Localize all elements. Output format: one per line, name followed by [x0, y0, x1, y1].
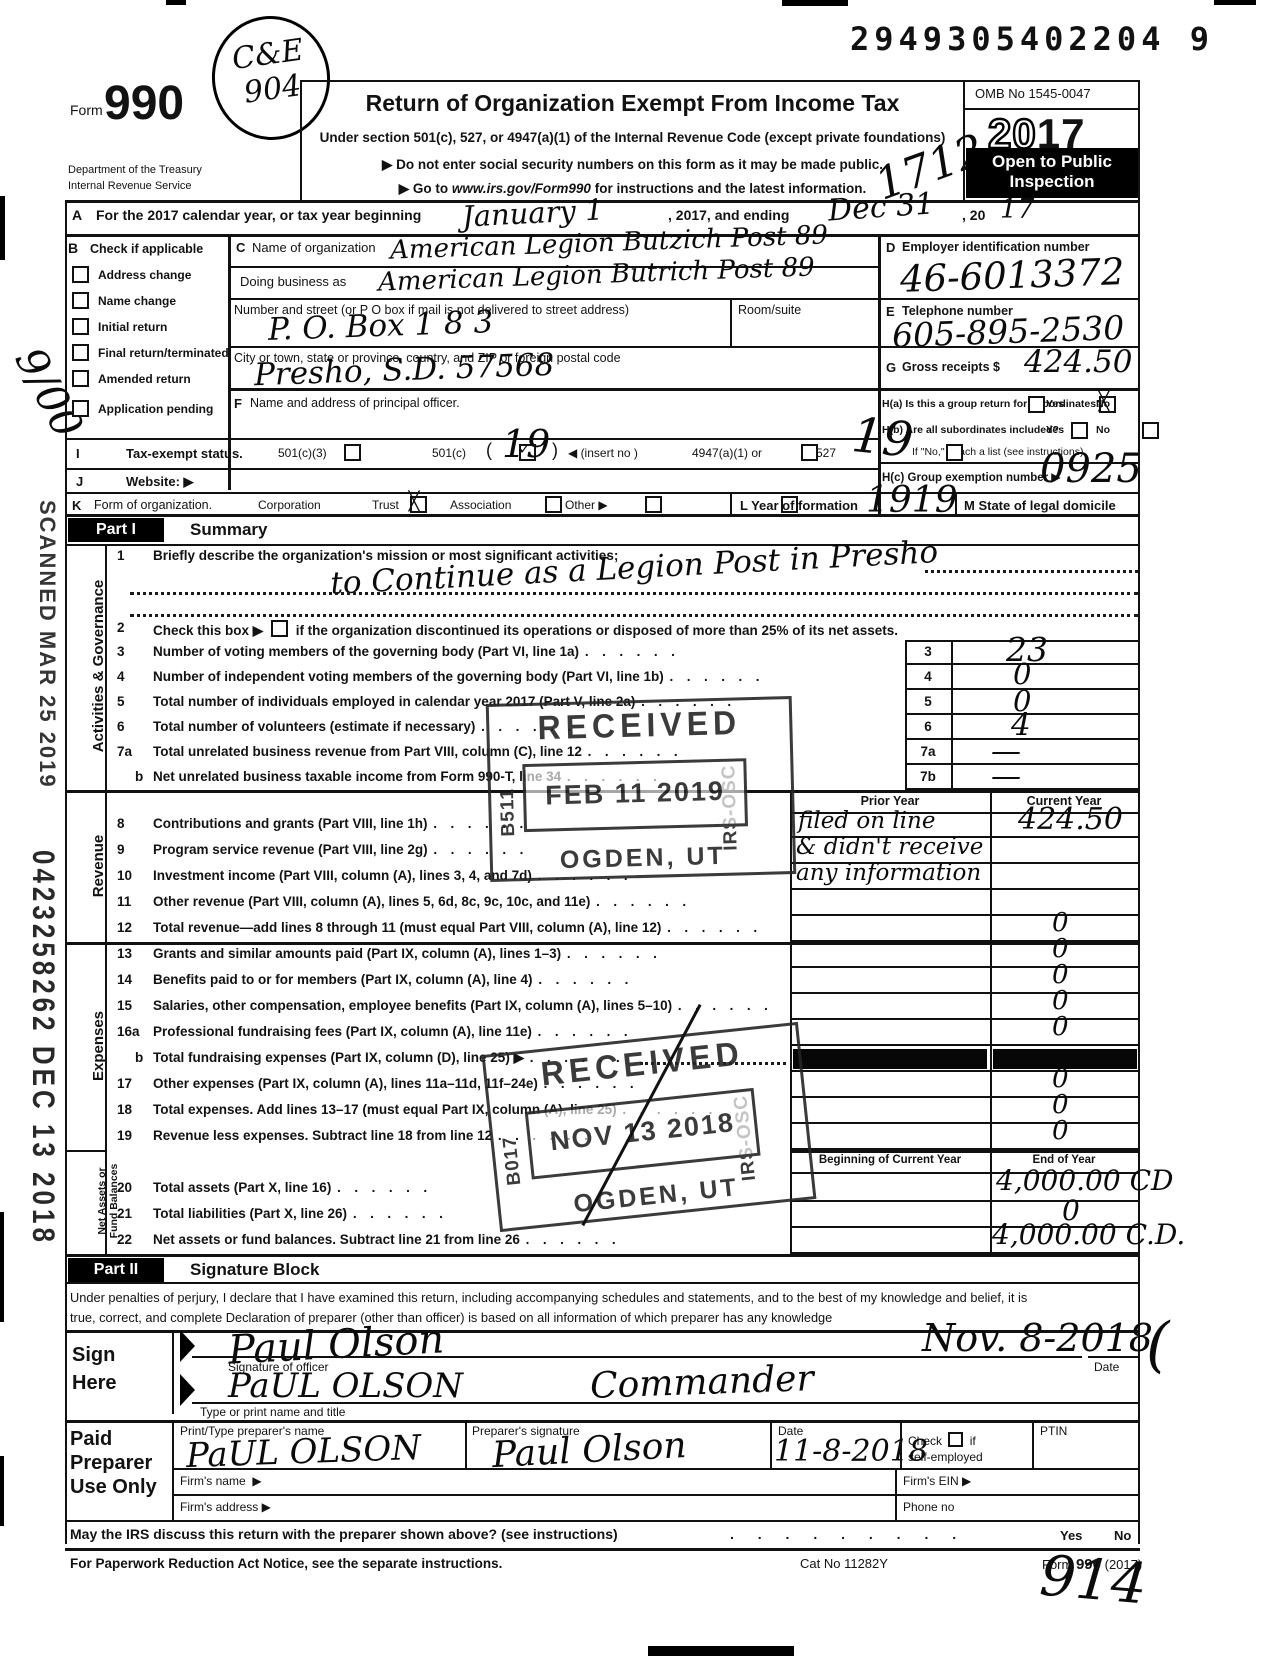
- open-to-public-line1: Open to Public: [966, 152, 1138, 172]
- treasury-dept-line2: Internal Revenue Service: [68, 180, 192, 192]
- status-501c-label: 501(c): [432, 446, 466, 460]
- org-corporation-label: Corporation: [258, 498, 321, 512]
- summary-row-15: 15Salaries, other compensation, employee…: [105, 994, 1140, 1020]
- preparer-label: Preparer: [70, 1452, 152, 1475]
- line-a-text1: For the 2017 calendar year, or tax year …: [96, 207, 421, 223]
- status-527-label: 527: [816, 446, 836, 460]
- dln-stamp: 0423258262 DEC 13 2018: [25, 850, 62, 1280]
- part2-bar: Part II: [68, 1258, 164, 1282]
- preparer-row-rule: [172, 1494, 1140, 1496]
- officer-date-handwritten: Nov. 8-2018: [922, 1316, 1153, 1360]
- status-527-checkbox: [946, 444, 963, 461]
- line-k-divider: [730, 492, 732, 514]
- omb-number: OMB No 1545-0047: [975, 86, 1091, 101]
- line-k-divider: [955, 492, 957, 514]
- tax-year-begin-handwritten: January 1: [461, 192, 604, 233]
- preparer-date-handwritten: 11-8-2018: [774, 1434, 928, 1469]
- preparer-cell-divider: [1032, 1420, 1034, 1468]
- name-change-checkbox: [72, 292, 89, 309]
- date-line: [1088, 1356, 1140, 1358]
- insert-number-handwritten: 19: [502, 422, 550, 466]
- ein-handwritten: 46-6013372: [899, 250, 1125, 301]
- part2-title: Signature Block: [190, 1260, 319, 1280]
- stamp-city: OGDEN, UT: [492, 840, 793, 877]
- footer-form-number: 990: [1076, 1556, 1101, 1573]
- block-d-left-border: [878, 234, 881, 514]
- line1-number: 1: [117, 548, 125, 563]
- line-j-letter: J: [76, 474, 83, 489]
- part1-bar: Part I: [68, 518, 164, 542]
- group-exemption-handwritten: 0925: [1040, 446, 1142, 492]
- scan-mark: [0, 196, 5, 260]
- row16a-current-handwritten: 0: [1052, 1012, 1069, 1042]
- hb-yes-label: Yes: [1046, 424, 1064, 436]
- line-j-top-rule: [65, 468, 878, 470]
- officer-name-handwritten: PaUL OLSON: [228, 1366, 463, 1406]
- preparer-bottom-rule: [65, 1520, 1140, 1522]
- row9-prior-handwritten: & didn't receive: [796, 834, 983, 860]
- beginning-year-header: Beginning of Current Year: [790, 1154, 990, 1166]
- preparer-cell-divider: [465, 1420, 467, 1468]
- prior-year-header: Prior Year: [790, 794, 990, 808]
- year-of-formation-label: L Year of formation: [740, 498, 858, 513]
- gross-receipts-handwritten: 424.50: [1024, 344, 1132, 380]
- stamp-left-code: B017: [499, 1135, 526, 1186]
- officer-title-handwritten: Commander: [589, 1358, 814, 1407]
- row8-current-handwritten: 424.50: [1018, 802, 1123, 837]
- d-row-rule: [878, 298, 1140, 300]
- block-d-letter: D: [886, 240, 895, 255]
- preparer-divider: [172, 1420, 174, 1520]
- line-a-text2: , 2017, and ending: [668, 207, 789, 223]
- org-trust-label: Trust: [372, 498, 399, 512]
- room-suite-label: Room/suite: [738, 303, 801, 317]
- website-label: Website: ▶: [126, 474, 194, 490]
- received-text: RECEIVED: [489, 702, 790, 749]
- line-k-letter: K: [72, 498, 81, 513]
- date-label: Date: [1094, 1360, 1119, 1374]
- ce-circle-stamp: C&E 904: [204, 8, 338, 147]
- checkbox-initial-return: Initial return: [72, 318, 158, 338]
- phone-no-label: Phone no: [903, 1500, 954, 1514]
- dln-number: 2949305402204 9: [850, 20, 1214, 58]
- room-suite-divider: [730, 298, 732, 346]
- form-subtitle: Under section 501(c), 527, or 4947(a)(1)…: [305, 130, 960, 145]
- row20-end-handwritten: 4,000.00 CD: [996, 1164, 1173, 1197]
- form-title: Return of Organization Exempt From Incom…: [305, 90, 960, 117]
- summary-row-14: 14Benefits paid to or for members (Part …: [105, 968, 1140, 994]
- form-number: 990: [104, 76, 184, 131]
- here-label: Here: [72, 1372, 116, 1395]
- scan-mark: [166, 0, 186, 5]
- summary-row-13: 13Grants and similar amounts paid (Part …: [105, 942, 1140, 968]
- part1-top-rule: [65, 514, 1140, 517]
- street-handwritten: P. O. Box 1 8 3: [267, 304, 493, 348]
- scan-mark: [782, 0, 848, 6]
- strip-divider: [65, 1150, 105, 1152]
- ha-question: H(a) Is this a group return for subordin…: [882, 398, 1103, 410]
- header-top-rule: [300, 80, 1140, 82]
- block-c-letter: C: [236, 240, 245, 255]
- ptin-label: PTIN: [1040, 1424, 1067, 1438]
- dotted-line: [925, 570, 1138, 573]
- scan-mark: [1214, 0, 1256, 5]
- line2-text: Check this box ▶ if the organization dis…: [153, 620, 898, 639]
- discuss-question: May the IRS discuss this return with the…: [70, 1526, 618, 1542]
- form-footer: Form 990 (2017): [1042, 1556, 1142, 1573]
- block-f-letter: F: [234, 396, 242, 411]
- paperwork-notice: For Paperwork Reduction Act Notice, see …: [70, 1556, 502, 1571]
- preparer-cell-divider: [900, 1420, 902, 1468]
- org-corporation-checkbox: ╳: [410, 496, 427, 513]
- preparer-row-rule: [172, 1468, 1140, 1470]
- status-19-handwritten: 19: [849, 407, 916, 469]
- type-print-label: Type or print name and title: [200, 1405, 345, 1419]
- handwritten-page-number: 914: [1037, 1543, 1149, 1617]
- scan-mark: [0, 1456, 4, 1526]
- received-stamp-nov: RECEIVED B017 IRS-OSC NOV 13 2018 OGDEN,…: [482, 1022, 817, 1232]
- c-box-bottom-rule: [228, 388, 1140, 391]
- block-b-title: Check if applicable: [90, 242, 203, 256]
- form-of-org-label: Form of organization.: [94, 498, 212, 512]
- initial-return-checkbox: [72, 318, 89, 335]
- firm-address-label: Firm's address ▶: [180, 1500, 271, 1514]
- c-row-rule: [228, 298, 878, 300]
- scanned-stamp: SCANNED MAR 25 2019: [34, 500, 60, 790]
- hb-no-label: No: [1096, 424, 1110, 436]
- summary-row-3: 3Number of voting members of the governi…: [105, 640, 1140, 665]
- firm-name-label: Firm's name ▶: [180, 1474, 262, 1488]
- status-501c3-label: 501(c)(3): [278, 446, 327, 460]
- status-4947-label: 4947(a)(1) or: [692, 446, 762, 460]
- discuss-no-label: No: [1114, 1528, 1131, 1543]
- gross-receipts-label: Gross receipts $: [902, 360, 1000, 374]
- checkbox-amended-return: Amended return: [72, 370, 182, 390]
- ha-no-label: No: [1096, 398, 1110, 410]
- row19-current-handwritten: 0: [1052, 1116, 1069, 1146]
- line-i-letter: I: [76, 446, 80, 461]
- perjury-text-line1: Under penalties of perjury, I declare th…: [70, 1290, 1027, 1305]
- scan-mark: [0, 1212, 4, 1322]
- part2-bar-rule: [65, 1282, 1140, 1284]
- form-word: Form: [70, 102, 103, 118]
- ha-yes-label: Yes: [1046, 398, 1064, 410]
- treasury-dept-line1: Department of the Treasury: [68, 164, 202, 176]
- paid-label: Paid: [70, 1428, 112, 1451]
- checkbox-name-change: Name change: [72, 292, 167, 312]
- org-name-label: Name of organization: [252, 240, 376, 255]
- summary-row-12: 12Total revenue—add lines 8 through 11 (…: [105, 916, 1140, 942]
- status-501c3-checkbox: [344, 444, 361, 461]
- form-left-border: [65, 200, 67, 1544]
- stamp-date: FEB 11 2019: [526, 775, 745, 812]
- hb-yes-checkbox: [1071, 422, 1088, 439]
- firm-ein-label: Firm's EIN ▶: [903, 1474, 971, 1488]
- sign-label: Sign: [72, 1344, 115, 1367]
- open-to-public-line2: Inspection: [966, 172, 1138, 192]
- line-i-top-rule: [65, 438, 878, 440]
- self-employed-check: Check if: [908, 1432, 976, 1448]
- final-return-checkbox: [72, 344, 89, 361]
- part2-top-rule: [65, 1254, 1140, 1257]
- discontinued-checkbox: [271, 620, 288, 637]
- state-of-domicile-label: M State of legal domicile: [964, 498, 1116, 513]
- principal-officer-label: Name and address of principal officer.: [250, 396, 460, 410]
- header-divider: [300, 80, 302, 200]
- catalog-number: Cat No 11282Y: [800, 1556, 888, 1571]
- line-k-top-rule: [65, 492, 1140, 494]
- preparer-top-rule: [65, 1420, 1140, 1423]
- address-change-checkbox: [72, 266, 89, 283]
- insert-paren-open: (: [486, 440, 492, 461]
- stamp-left-code: B511: [497, 788, 520, 837]
- application-pending-checkbox: [72, 400, 89, 417]
- form-990-scan: 2949305402204 9 C&E 904 SCANNED MAR 25 2…: [0, 0, 1272, 1656]
- part1-title: Summary: [190, 520, 267, 540]
- line-a-text3: , 20: [962, 207, 985, 223]
- line16b-blackout: [793, 1049, 987, 1069]
- checkbox-address-change: Address change: [72, 266, 182, 286]
- org-association-checkbox: [645, 496, 662, 513]
- net-section-top-rule: [790, 1150, 1138, 1153]
- summary-row-22: 22Net assets or fund balances. Subtract …: [105, 1228, 1140, 1254]
- row22-end-handwritten: 4,000.00 C.D.: [992, 1218, 1185, 1251]
- tax-exempt-status-label: Tax-exempt status.: [126, 446, 243, 461]
- org-trust-checkbox: [545, 496, 562, 513]
- discuss-dots: . . . . . . . . .: [730, 1526, 966, 1542]
- name-title-line: [192, 1402, 1140, 1404]
- hb-no-checkbox: [1142, 422, 1159, 439]
- arrow-icon: ▶: [252, 1474, 261, 1488]
- discuss-bottom-rule: [65, 1548, 1140, 1551]
- checkbox-final-return: Final return/terminated: [72, 344, 220, 364]
- scan-mark: [648, 1646, 794, 1656]
- dotted-line: [130, 614, 1138, 617]
- stamp-date-box: NOV 13 2018: [525, 1088, 761, 1180]
- perjury-text-line2: true, correct, and complete Declaration …: [70, 1310, 832, 1325]
- amended-return-checkbox: [72, 370, 89, 387]
- row10-prior-handwritten: any information: [796, 860, 981, 886]
- part1-bar-rule: [65, 544, 1140, 546]
- block-g-letter: G: [886, 360, 896, 375]
- line-a-letter: A: [72, 207, 82, 223]
- checkbox-application-pending: Application pending: [72, 400, 204, 420]
- signature-line: [192, 1356, 1082, 1358]
- self-employed-label: self-employed: [908, 1450, 983, 1464]
- discuss-yes-label: Yes: [1060, 1528, 1082, 1543]
- tax-year-end-handwritten: Dec 31: [827, 186, 936, 228]
- received-stamp-feb: RECEIVED B511 IRS-OSC FEB 11 2019 OGDEN,…: [486, 696, 797, 882]
- preparer-cell-divider: [770, 1420, 772, 1468]
- row8-prior-handwritten: filed on line: [798, 808, 935, 834]
- stamp-date-box: FEB 11 2019: [522, 758, 748, 832]
- header-divider: [963, 80, 965, 200]
- insert-no-label: ◀ (insert no ): [568, 446, 638, 460]
- row7b-value-handwritten: —: [991, 759, 1021, 794]
- dba-label: Doing business as: [240, 274, 346, 289]
- open-to-public-box: Open to Public Inspection: [966, 148, 1138, 198]
- use-only-label: Use Only: [70, 1476, 157, 1499]
- form-bullet-1: ▶ Do not enter social security numbers o…: [305, 157, 960, 173]
- block-b-letter: B: [68, 240, 78, 256]
- insert-paren-close: ): [552, 440, 558, 461]
- summary-row-11: 11Other revenue (Part VIII, column (A), …: [105, 890, 1140, 916]
- org-other-label: Other ▶: [565, 498, 608, 512]
- dotted-line: [130, 592, 1138, 595]
- ha-yes-checkbox: [1028, 396, 1045, 413]
- go-to-text: ▶ Go to: [399, 181, 448, 196]
- summary-row-4: 4Number of independent voting members of…: [105, 665, 1140, 690]
- tax-year-end-year-handwritten: 17: [1000, 194, 1034, 225]
- line2-number: 2: [117, 620, 125, 635]
- self-employed-checkbox: [948, 1432, 963, 1447]
- sign-divider: [172, 1330, 174, 1414]
- instructions-text: for instructions and the latest informat…: [595, 181, 867, 196]
- org-association-label: Association: [450, 498, 511, 512]
